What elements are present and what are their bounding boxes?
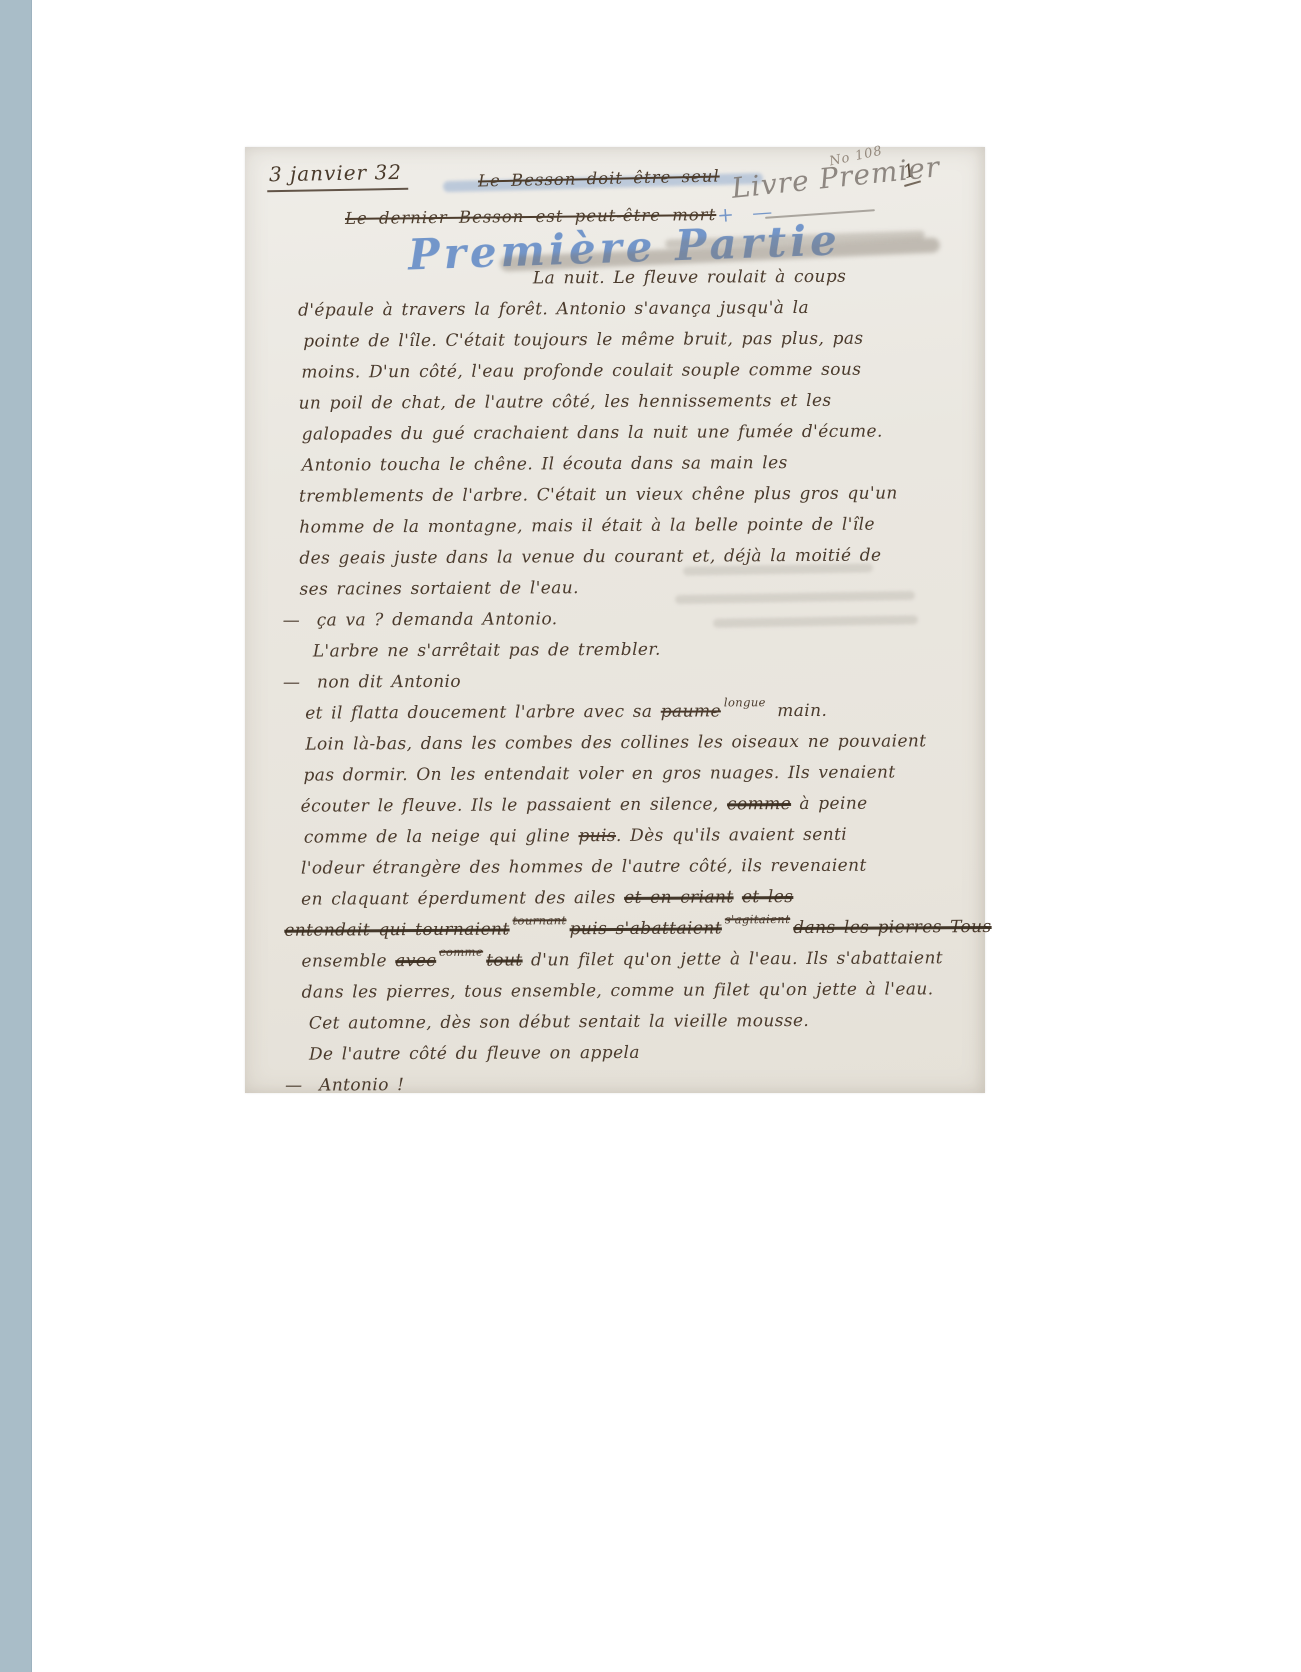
manuscript-line: l'odeur étrangère des hommes de l'autre … [246, 850, 974, 885]
struck-or-inserted-text: comme [439, 945, 483, 959]
struck-or-inserted-text: avec [395, 951, 436, 971]
handwritten-text: d'un filet qu'on jette à l'eau. Ils s'ab… [523, 948, 943, 970]
manuscript-line: homme de la montagne, mais il était à la… [244, 509, 972, 544]
handwritten-text: Antonio toucha le chêne. Il écouta dans … [302, 453, 788, 476]
handwritten-text: Cet automne, dès son début sentait la vi… [309, 1011, 810, 1034]
handwritten-text: ça va ? demanda Antonio. [317, 609, 558, 630]
handwritten-text: un poil de chat, de l'autre côté, les he… [298, 391, 831, 414]
handwritten-text: écouter le fleuve. Ils le passaient en s… [301, 794, 727, 816]
manuscript-line: un poil de chat, de l'autre côté, les he… [243, 385, 971, 420]
handwritten-text: . Dès qu'ils avaient senti [616, 825, 847, 846]
handwritten-text: galopades du gué crachaient dans la nuit… [302, 422, 883, 445]
manuscript-line: tremblements de l'arbre. C'était un vieu… [244, 478, 972, 513]
manuscript-line: Loin là-bas, dans les combes des colline… [245, 726, 973, 761]
struck-or-inserted-text: longue [724, 695, 766, 709]
manuscript-line: pas dormir. On les entendait voler en gr… [245, 757, 973, 792]
handwritten-text: d'épaule à travers la forêt. Antonio s'a… [298, 298, 809, 321]
manuscript-line: L'arbre ne s'arrêtait pas de trembler. [245, 633, 973, 668]
handwritten-text: en claquant éperdument des ailes [301, 888, 624, 910]
struck-or-inserted-text: comme [727, 794, 791, 814]
handwritten-text: ses racines sortaient de l'eau. [299, 578, 579, 599]
manuscript-line: ensemble aveccommetout d'un filet qu'on … [246, 943, 974, 978]
manuscript-date: 3 janvier 32 [267, 160, 409, 192]
handwritten-text: ensemble [301, 951, 395, 971]
page-canvas: 3 janvier 32 No 108 1 Le Besson doit êtr… [0, 0, 1301, 1672]
manuscript-body: La nuit. Le fleuve roulait à coupsd'épau… [243, 261, 975, 1102]
handwritten-text: tremblements de l'arbre. C'était un vieu… [299, 483, 898, 506]
crossed-out-title-1: Le Besson doit être seul [478, 166, 720, 190]
manuscript-line: —non dit Antonio [245, 664, 973, 699]
manuscript-line: pointe de l'île. C'était toujours le mêm… [243, 323, 971, 358]
struck-or-inserted-text: tout [486, 950, 523, 970]
struck-or-inserted-text: s'agitaient [725, 912, 790, 926]
handwritten-text: Antonio ! [319, 1075, 404, 1095]
handwritten-text: main. [769, 701, 827, 721]
struck-or-inserted-text: puis [578, 826, 616, 846]
handwritten-text: comme de la neige qui gline [304, 826, 579, 847]
handwritten-text: l'odeur étrangère des hommes de l'autre … [301, 856, 867, 879]
handwritten-text: non dit Antonio [317, 672, 461, 693]
handwritten-text: homme de la montagne, mais il était à la… [299, 515, 875, 538]
manuscript-line: entendait qui tournaienttournantpuis s'a… [246, 912, 974, 947]
handwritten-text: Loin là-bas, dans les combes des colline… [305, 731, 926, 754]
dialogue-dash: — [283, 668, 317, 699]
manuscript-line: écouter le fleuve. Ils le passaient en s… [246, 788, 974, 823]
manuscript-line: des geais juste dans la venue du courant… [244, 540, 972, 575]
manuscript-line: Cet automne, dès son début sentait la vi… [247, 1005, 975, 1040]
manuscript-line: d'épaule à travers la forêt. Antonio s'a… [243, 292, 971, 327]
manuscript-line: galopades du gué crachaient dans la nuit… [244, 416, 972, 451]
struck-or-inserted-text: entendait qui tournaient [284, 920, 509, 941]
struck-or-inserted-text: puis s'abattaient [570, 918, 722, 939]
manuscript-line: —ça va ? demanda Antonio. [245, 602, 973, 637]
manuscript-line: comme de la neige qui gline puis. Dès qu… [246, 819, 974, 854]
manuscript-line: —Antonio ! [247, 1067, 975, 1102]
manuscript-line: dans les pierres, tous ensemble, comme u… [247, 974, 975, 1009]
struck-or-inserted-text: et en criant [624, 887, 734, 908]
struck-or-inserted-text: dans les pierres Tous [793, 917, 991, 938]
struck-or-inserted-text: tournant [513, 913, 567, 927]
handwritten-text: pointe de l'île. C'était toujours le mêm… [303, 329, 863, 352]
manuscript-line: en claquant éperdument des ailes et en c… [246, 881, 974, 916]
handwritten-text: pas dormir. On les entendait voler en gr… [303, 763, 895, 786]
handwritten-text: des geais juste dans la venue du courant… [299, 546, 881, 569]
manuscript-line: Antonio toucha le chêne. Il écouta dans … [244, 447, 972, 482]
left-accent-bar [0, 0, 32, 1672]
struck-or-inserted-text: paume [661, 701, 721, 721]
handwritten-text: dans les pierres, tous ensemble, comme u… [302, 979, 934, 1002]
handwritten-text: à peine [791, 794, 868, 814]
handwritten-text: De l'autre côté du fleuve on appela [309, 1043, 640, 1065]
struck-or-inserted-text: et les [742, 887, 794, 907]
handwritten-text: et il flatta doucement l'arbre avec sa [305, 702, 661, 724]
dialogue-dash: — [285, 1071, 319, 1102]
handwritten-text: moins. D'un côté, l'eau profonde coulait… [301, 360, 861, 383]
manuscript-line: ses racines sortaient de l'eau. [244, 571, 972, 606]
handwritten-text [734, 887, 742, 907]
handwritten-text: L'arbre ne s'arrêtait pas de trembler. [313, 640, 661, 662]
manuscript-line: moins. D'un côté, l'eau profonde coulait… [243, 354, 971, 389]
dialogue-dash: — [283, 606, 317, 637]
handwritten-text: La nuit. Le fleuve roulait à coups [533, 267, 846, 289]
manuscript-line: La nuit. Le fleuve roulait à coups [243, 261, 971, 296]
manuscript-line: et il flatta doucement l'arbre avec sa p… [245, 695, 973, 730]
manuscript-scan: 3 janvier 32 No 108 1 Le Besson doit êtr… [245, 147, 985, 1093]
manuscript-line: De l'autre côté du fleuve on appela [247, 1036, 975, 1071]
